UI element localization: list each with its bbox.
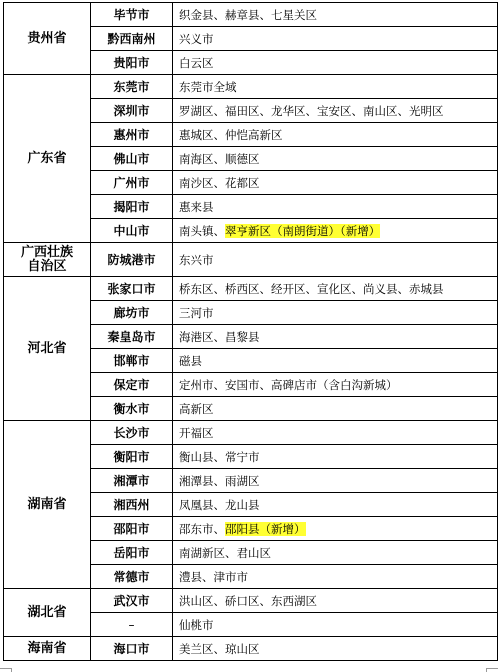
city-cell: 湘西州: [91, 493, 173, 517]
area-cell: 凤凰县、龙山县: [173, 493, 498, 517]
city-cell: 黔西南州: [91, 27, 173, 51]
area-cell: 开福区: [173, 421, 498, 445]
area-cell: 南沙区、花都区: [173, 171, 498, 195]
city-cell: 惠州市: [91, 123, 173, 147]
table-row: 广东省 东莞市 东莞市全域: [4, 75, 498, 99]
area-cell: 湘潭县、雨湖区: [173, 469, 498, 493]
table-row: 海南省 海口市 美兰区、琼山区: [4, 637, 498, 661]
city-cell: 衡阳市: [91, 445, 173, 469]
area-cell: 罗湖区、福田区、龙华区、宝安区、南山区、光明区: [173, 99, 498, 123]
page-corner-mark-right: [486, 668, 498, 671]
area-cell: 衡山县、常宁市: [173, 445, 498, 469]
province-line-2: 自治区: [27, 259, 66, 274]
city-cell: 防城港市: [91, 243, 173, 277]
area-cell: 海港区、昌黎县: [173, 325, 498, 349]
city-cell: 广州市: [91, 171, 173, 195]
city-cell: 长沙市: [91, 421, 173, 445]
city-cell: 邵阳市: [91, 517, 173, 541]
area-cell: 东莞市全域: [173, 75, 498, 99]
province-cell: 湖南省: [4, 421, 91, 589]
area-cell: 洪山区、硚口区、东西湖区: [173, 589, 498, 613]
province-cell: 海南省: [4, 637, 91, 661]
city-cell: –: [91, 613, 173, 637]
area-cell: 织金县、赫章县、七星关区: [173, 3, 498, 27]
province-cell: 湖北省: [4, 589, 91, 637]
city-cell: 邯郸市: [91, 349, 173, 373]
region-table: 贵州省 毕节市 织金县、赫章县、七星关区 黔西南州 兴义市 贵阳市 白云区 广东…: [3, 2, 498, 661]
city-cell: 衡水市: [91, 397, 173, 421]
area-text: 邵东市、: [179, 522, 225, 536]
area-cell: 澧县、津市市: [173, 565, 498, 589]
area-cell: 东兴市: [173, 243, 498, 277]
area-cell: 惠城区、仲恺高新区: [173, 123, 498, 147]
area-cell: 美兰区、琼山区: [173, 637, 498, 661]
area-text: 南头镇、: [179, 224, 225, 238]
area-cell: 白云区: [173, 51, 498, 75]
city-cell: 东莞市: [91, 75, 173, 99]
city-cell: 岳阳市: [91, 541, 173, 565]
table-row: 贵州省 毕节市 织金县、赫章县、七星关区: [4, 3, 498, 27]
page-corner-mark-left: [0, 668, 12, 671]
city-cell: 湘潭市: [91, 469, 173, 493]
province-cell: 贵州省: [4, 3, 91, 75]
city-cell: 佛山市: [91, 147, 173, 171]
table-row: 湖南省 长沙市 开福区: [4, 421, 498, 445]
area-cell: 惠来县: [173, 195, 498, 219]
city-cell: 武汉市: [91, 589, 173, 613]
city-cell: 贵阳市: [91, 51, 173, 75]
city-cell: 揭阳市: [91, 195, 173, 219]
highlighted-new-area: 邵阳县（新增）: [225, 522, 306, 536]
province-cell: 广东省: [4, 75, 91, 243]
area-cell: 兴义市: [173, 27, 498, 51]
highlighted-new-area: 翠亨新区（南朗街道）（新增）: [225, 224, 380, 238]
city-cell: 秦皇岛市: [91, 325, 173, 349]
city-cell: 深圳市: [91, 99, 173, 123]
area-cell: 高新区: [173, 397, 498, 421]
province-cell: 河北省: [4, 277, 91, 421]
city-cell: 廊坊市: [91, 301, 173, 325]
area-cell: 南头镇、翠亨新区（南朗街道）（新增）: [173, 219, 498, 243]
province-cell: 广西壮族自治区: [4, 243, 91, 277]
city-cell: 常德市: [91, 565, 173, 589]
city-cell: 毕节市: [91, 3, 173, 27]
area-cell: 三河市: [173, 301, 498, 325]
table-row: 湖北省 武汉市 洪山区、硚口区、东西湖区: [4, 589, 498, 613]
city-cell: 海口市: [91, 637, 173, 661]
table-row: 广西壮族自治区 防城港市 东兴市: [4, 243, 498, 277]
area-cell: 磁县: [173, 349, 498, 373]
city-cell: 张家口市: [91, 277, 173, 301]
area-cell: 仙桃市: [173, 613, 498, 637]
province-line-1: 广西壮族: [21, 245, 73, 260]
area-cell: 南湖新区、君山区: [173, 541, 498, 565]
area-cell: 定州市、安国市、高碑店市（含白沟新城）: [173, 373, 498, 397]
city-cell: 保定市: [91, 373, 173, 397]
city-cell: 中山市: [91, 219, 173, 243]
area-cell: 桥东区、桥西区、经开区、宣化区、尚义县、赤城县: [173, 277, 498, 301]
area-cell: 邵东市、邵阳县（新增）: [173, 517, 498, 541]
table-row: 河北省 张家口市 桥东区、桥西区、经开区、宣化区、尚义县、赤城县: [4, 277, 498, 301]
area-cell: 南海区、顺德区: [173, 147, 498, 171]
